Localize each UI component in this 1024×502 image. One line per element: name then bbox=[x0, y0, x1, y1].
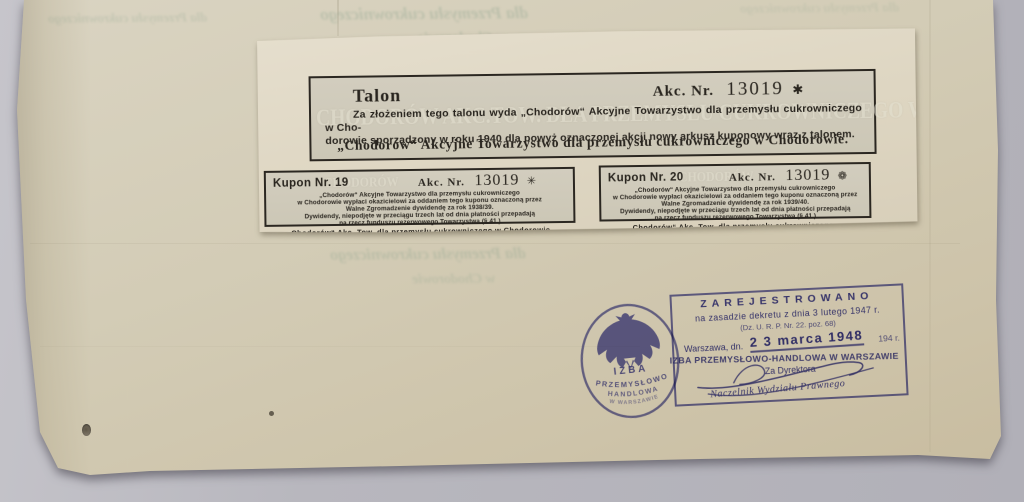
date-stamp: 2 3 marca 1948 bbox=[749, 327, 863, 352]
coupon-label: Kupon Nr. 19 bbox=[273, 177, 349, 190]
left-fold-shading bbox=[15, 0, 91, 480]
akc-nr-label: Akc. Nr. bbox=[418, 176, 465, 189]
crease-line bbox=[30, 243, 960, 244]
talon-section: CHODORÓW AKC.TOW. DLA PRZEMYSŁU CUKROWNI… bbox=[309, 69, 877, 161]
star-icon: ✱ bbox=[792, 82, 803, 97]
coupon-19: CHODORÓW Kupon Nr. 19 Akc. Nr. 13019 ✳ „… bbox=[264, 167, 576, 227]
coupon-text: „Chodorów“ Akcyjne Towarzystwo dla przem… bbox=[269, 189, 571, 237]
talon-sheet-surface: CHODORÓW AKC.TOW. DLA PRZEMYSŁU CUKROWNI… bbox=[257, 27, 918, 234]
share-number: 13019 bbox=[785, 167, 830, 185]
share-number-group: Akc. Nr. 13019 ✳ bbox=[418, 171, 536, 191]
stamp-year-blank: 194 r. bbox=[878, 333, 900, 344]
registration-stamp: ZAREJESTROWANO na zasadzie dekretu z dni… bbox=[669, 283, 908, 406]
crease-line bbox=[929, 0, 931, 452]
talon-title: Talon bbox=[353, 85, 402, 107]
paper-hole bbox=[82, 424, 91, 436]
talon-sheet: CHODORÓW AKC.TOW. DLA PRZEMYSŁU CUKROWNI… bbox=[257, 27, 918, 234]
bleedthrough-text: w Chodorowie bbox=[412, 272, 495, 289]
star-icon: ✳ bbox=[527, 175, 536, 187]
bleedthrough-text: dla Przemysłu cukrowniczego bbox=[330, 245, 526, 265]
photo-of-document: dla Przemysłu cukrowniczego w Chodorowie… bbox=[0, 0, 1024, 502]
share-number-group: Akc. Nr. 13019 ❁ bbox=[729, 166, 847, 186]
coupon-label: Kupon Nr. 20 bbox=[608, 171, 684, 184]
polish-eagle-icon bbox=[594, 310, 662, 372]
oval-stamp-line: IZBA bbox=[613, 363, 649, 378]
crease-line bbox=[40, 346, 640, 347]
bleedthrough-text: dla Przemysłu cukrowniczego bbox=[48, 9, 207, 26]
bleedthrough-text: dla Przemysłu cukrowniczego bbox=[740, 0, 899, 17]
bleedthrough-text: dla Przemysłu cukrowniczego bbox=[320, 3, 528, 25]
share-number-group: Akc. Nr. 13019 ✱ bbox=[653, 78, 804, 102]
ink-speck bbox=[269, 411, 274, 416]
coupon-20: CHODORÓW Kupon Nr. 20 Akc. Nr. 13019 ❁ „… bbox=[599, 162, 872, 222]
star-icon: ❁ bbox=[838, 170, 847, 182]
akc-nr-label: Akc. Nr. bbox=[729, 171, 776, 184]
akc-nr-label: Akc. Nr. bbox=[653, 83, 714, 100]
share-number: 13019 bbox=[474, 172, 519, 190]
stamp-city-line: Warszawa, dn. bbox=[684, 341, 744, 354]
share-number: 13019 bbox=[726, 78, 784, 100]
